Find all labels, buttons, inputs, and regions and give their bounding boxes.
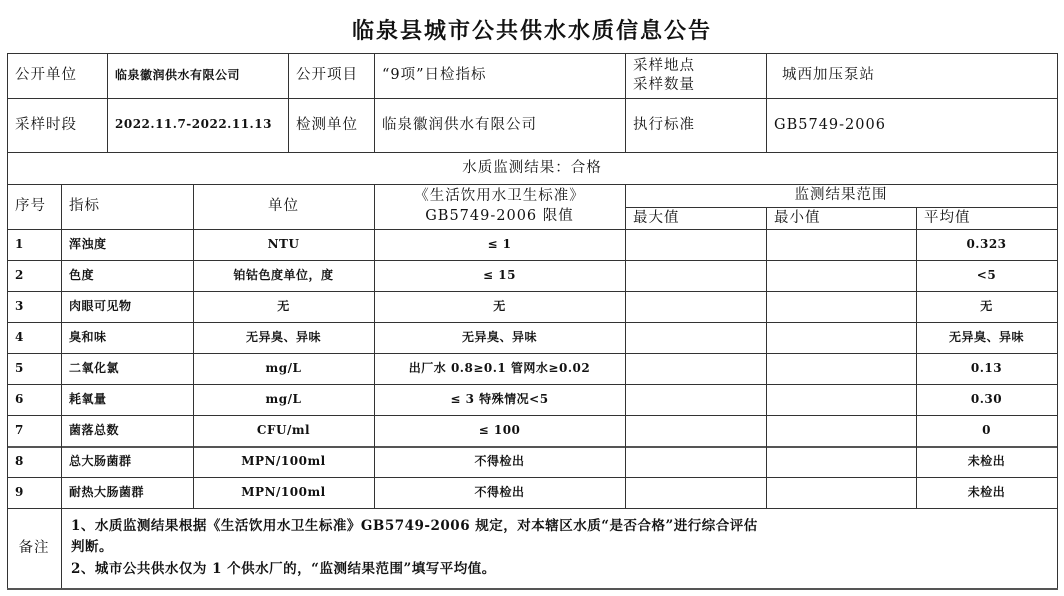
row-avg: 无异臭、异味 [916,322,1057,353]
row-unit: mg/L [193,353,374,384]
table-rule [1057,260,1058,292]
table-rule [1057,229,1058,261]
row-min [766,260,916,291]
header-index: 序号 [7,184,61,229]
row-unit: mg/L [193,384,374,415]
row-limit: 不得检出 [374,477,625,508]
row-indicator: 耐热大肠菌群 [61,477,193,508]
row-indicator: 色度 [61,260,193,291]
row-indicator: 二氧化氯 [61,353,193,384]
header-limit-line1: 《生活饮用水卫生标准》 [414,187,585,207]
table-rule [1057,415,1058,447]
row-avg: 无 [916,291,1057,322]
notes-content: 1、水质监测结果根据《生活饮用水卫生标准》GB5749-2006 规定，对本辖区… [61,508,1057,588]
row-avg: 未检出 [916,446,1057,477]
row-avg: 0 [916,415,1057,446]
row-avg: <5 [916,260,1057,291]
row-max [625,291,766,322]
label-testing-unit: 检测单位 [288,98,374,152]
row-min [766,322,916,353]
label-sampling-site-count: 采样地点采样数量 [625,53,766,98]
row-limit: ≤ 3 特殊情况<5 [374,384,625,415]
row-unit: 无 [193,291,374,322]
row-index: 1 [7,229,61,260]
note-line-3: 2、城市公共供水仅为 1 个供水厂的，“监测结果范围”填写平均值。 [71,559,496,581]
row-unit: NTU [193,229,374,260]
row-unit: 无异臭、异味 [193,322,374,353]
row-index: 2 [7,260,61,291]
value-publish-unit: 临泉徽润供水有限公司 [107,53,288,98]
table-rule [1057,322,1058,354]
row-limit: 出厂水 0.8≥0.1 管网水≥0.02 [374,353,625,384]
row-index: 6 [7,384,61,415]
note-line-2: 判断。 [71,537,113,559]
row-index: 4 [7,322,61,353]
row-indicator: 菌落总数 [61,415,193,446]
row-max [625,322,766,353]
row-avg: 未检出 [916,477,1057,508]
notes-label: 备注 [7,508,61,588]
row-min [766,446,916,477]
table-rule [1057,291,1058,323]
result-banner: 水质监测结果：合格 [7,152,1057,184]
row-indicator: 肉眼可见物 [61,291,193,322]
row-limit: 无异臭、异味 [374,322,625,353]
row-avg: 0.30 [916,384,1057,415]
table-rule [1057,152,1058,185]
header-indicator: 指标 [61,184,193,229]
label-sampling-site: 采样地点 [633,57,695,76]
row-limit: 不得检出 [374,446,625,477]
row-indicator: 耗氧量 [61,384,193,415]
row-index: 3 [7,291,61,322]
header-limit-line2: GB5749-2006 限值 [425,207,574,227]
row-min [766,477,916,508]
row-unit: MPN/100ml [193,446,374,477]
table-rule [1057,184,1058,230]
row-indicator: 总大肠菌群 [61,446,193,477]
table-rule [1057,477,1058,509]
table-rule [1057,508,1058,589]
label-sampling-count: 采样数量 [633,76,695,95]
value-testing-unit: 临泉徽润供水有限公司 [374,98,625,152]
value-standard: GB5749-2006 [766,98,1057,152]
value-publish-item: “9项”日检指标 [374,53,625,98]
header-max: 最大值 [625,207,766,229]
header-limit: 《生活饮用水卫生标准》GB5749-2006 限值 [374,184,625,229]
row-min [766,291,916,322]
label-sampling-period: 采样时段 [7,98,107,152]
label-publish-unit: 公开单位 [7,53,107,98]
table-rule [7,588,1058,590]
row-limit: ≤ 100 [374,415,625,446]
table-rule [1057,353,1058,385]
row-avg: 0.323 [916,229,1057,260]
row-max [625,446,766,477]
header-result-range: 监测结果范围 [625,184,1057,207]
header-unit: 单位 [193,184,374,229]
note-line-1: 1、水质监测结果根据《生活饮用水卫生标准》GB5749-2006 规定，对本辖区… [71,516,758,538]
row-max [625,353,766,384]
row-index: 8 [7,446,61,477]
row-limit: ≤ 15 [374,260,625,291]
value-sampling-site: 城西加压泵站 [766,53,1057,98]
row-max [625,384,766,415]
row-min [766,415,916,446]
table-rule [1057,446,1058,478]
row-avg: 0.13 [916,353,1057,384]
row-unit: 铂钴色度单位，度 [193,260,374,291]
row-min [766,229,916,260]
row-max [625,415,766,446]
row-indicator: 浑浊度 [61,229,193,260]
page-title: 临泉县城市公共供水水质信息公告 [0,14,1064,45]
label-standard: 执行标准 [625,98,766,152]
label-publish-item: 公开项目 [288,53,374,98]
table-rule [1057,53,1058,153]
row-min [766,353,916,384]
row-index: 9 [7,477,61,508]
row-unit: CFU/ml [193,415,374,446]
row-limit: ≤ 1 [374,229,625,260]
value-sampling-period: 2022.11.7-2022.11.13 [107,98,288,152]
row-max [625,229,766,260]
header-avg: 平均值 [916,207,1057,229]
row-unit: MPN/100ml [193,477,374,508]
row-indicator: 臭和味 [61,322,193,353]
table-rule [1057,384,1058,416]
row-max [625,477,766,508]
header-min: 最小值 [766,207,916,229]
row-index: 7 [7,415,61,446]
row-limit: 无 [374,291,625,322]
row-max [625,260,766,291]
row-index: 5 [7,353,61,384]
row-min [766,384,916,415]
